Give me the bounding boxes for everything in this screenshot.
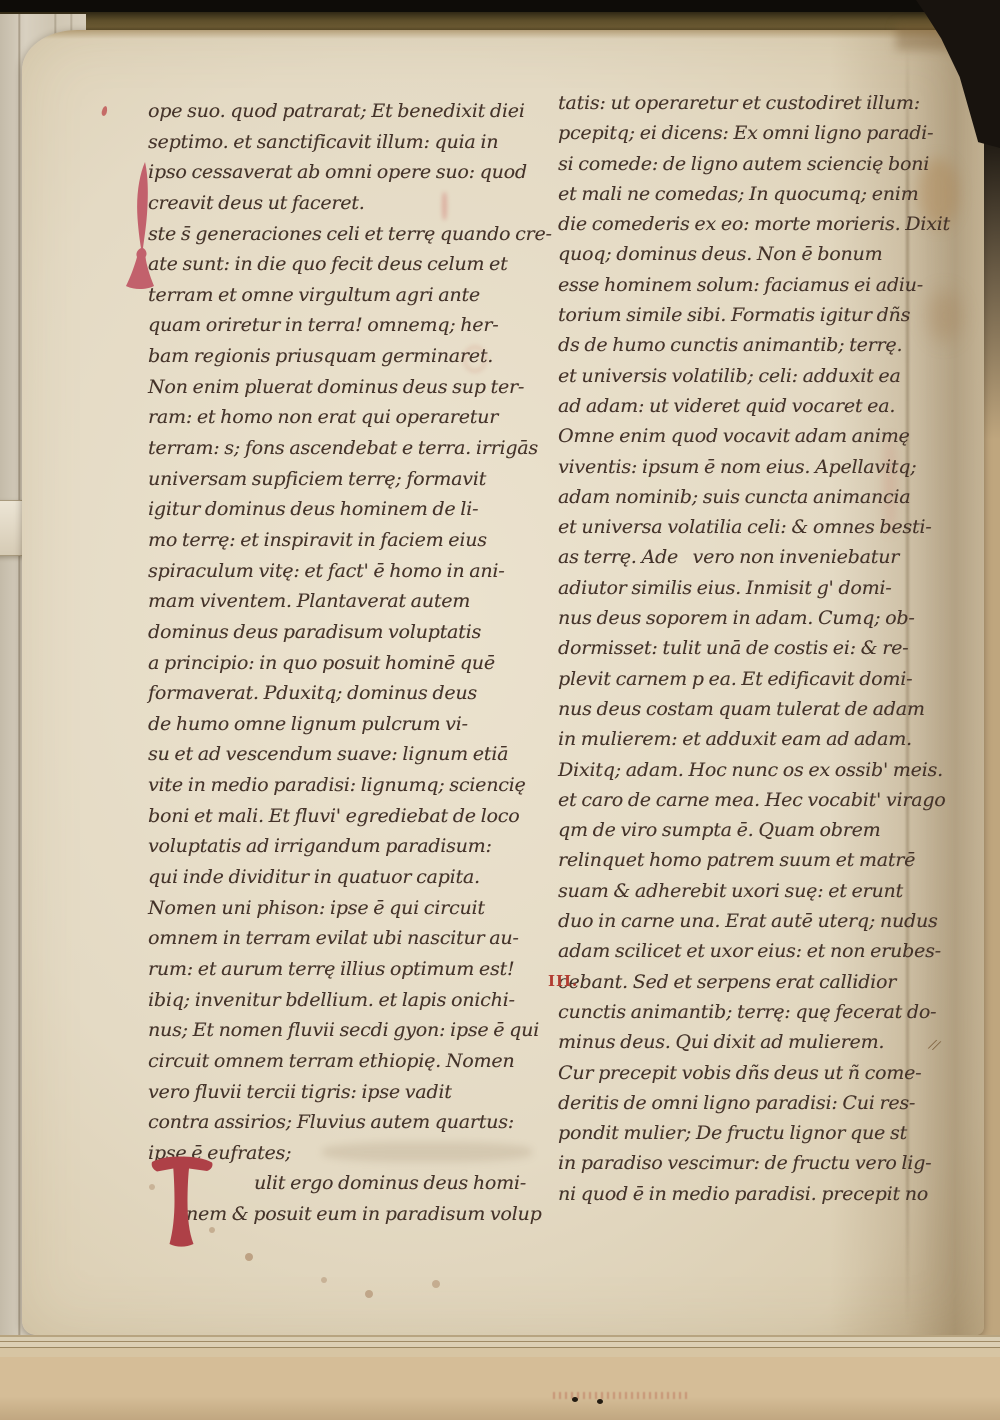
manuscript-line: Non enim pluerat dominus deus sup ter- — [148, 372, 548, 403]
manuscript-line: ad adam: ut videret quid vocaret ea. — [558, 391, 962, 421]
manuscript-line: et universa volatilia celi: & omnes best… — [558, 512, 962, 542]
wormhole — [572, 1397, 578, 1402]
chapter-number-iii: III. — [548, 972, 578, 990]
manuscript-line: ni quod ē in medio paradisi. precepit no — [558, 1179, 962, 1209]
manuscript-line: die comederis ex eo: morte morieris. Dix… — [558, 209, 962, 239]
manuscript-line: ds de humo cunctis animantib; terrę. — [558, 330, 962, 360]
manuscript-line: torium simile sibi. Formatis igitur dñs — [558, 300, 962, 330]
manuscript-line: in mulierem: et adduxit eam ad adam. — [558, 724, 962, 754]
manuscript-line: Dixitq; adam. Hoc nunc os ex ossib' meis… — [558, 755, 962, 785]
manuscript-line: si comede: de ligno autem sciencię boni — [558, 149, 962, 179]
text-column-right: tatis: ut operaretur et custodiret illum… — [558, 88, 962, 1209]
manuscript-line: vero fluvii tercii tigris: ipse vadit — [148, 1077, 548, 1108]
rubric-initial-i-iste — [124, 162, 156, 290]
manuscript-line: ipso cessaverat ab omni opere suo: quod — [148, 157, 548, 188]
manuscript-line: Nomen uni phison: ipse ē qui circuit — [148, 893, 548, 924]
manuscript-line: contra assirios; Fluvius autem quartus: — [148, 1107, 548, 1138]
manuscript-line: deritis de omni ligno paradisi: Cui res- — [558, 1088, 962, 1118]
manuscript-line: dormisset: tulit unā de costis ei: & re- — [558, 633, 962, 663]
manuscript-line: duo in carne una. Erat autē uterq; nudus — [558, 906, 962, 936]
wormhole — [597, 1399, 603, 1404]
parchment-speckles — [22, 30, 26, 34]
binding-top-dark-band — [0, 0, 1000, 12]
manuscript-line: quam oriretur in terra! omnemq; her- — [148, 310, 548, 341]
rubric-initial-t-tulit — [149, 1156, 215, 1250]
manuscript-line: mam viventem. Plantaverat autem — [148, 586, 548, 617]
red-margin-mark — [101, 106, 108, 117]
manuscript-line: cebant. Sed et serpens erat callidior — [558, 967, 962, 997]
manuscript-line: suam & adherebit uxori suę: et erunt — [558, 876, 962, 906]
manuscript-line: as terrę. Ade vero non inveniebatur — [558, 542, 962, 572]
manuscript-line: spiraculum vitę: et fact' ē homo in ani- — [148, 556, 548, 587]
manuscript-line: et mali ne comedas; In quocumq; enim — [558, 179, 962, 209]
manuscript-line: nus deus soporem in adam. Cumq; ob- — [558, 603, 962, 633]
manuscript-line: bam regionis priusquam germinaret. — [148, 341, 548, 372]
manuscript-line: adam nominib; suis cuncta animancia — [558, 482, 962, 512]
manuscript-line: circuit omnem terram ethiopię. Nomen — [148, 1046, 548, 1077]
manuscript-line: Omne enim quod vocavit adam animę — [558, 421, 962, 451]
manuscript-line: formaverat. Pduxitq; dominus deus — [148, 678, 548, 709]
text-column-left: ope suo. quod patrarat; Et benedixit die… — [148, 96, 548, 1230]
manuscript-line: cunctis animantib; terrę: quę fecerat do… — [558, 997, 962, 1027]
manuscript-line: ate sunt: in die quo fecit deus celum et — [148, 249, 548, 280]
manuscript-line: omnem in terram evilat ubi nascitur au- — [148, 923, 548, 954]
manuscript-line: terram et omne virgultum agri ante — [148, 280, 548, 311]
manuscript-line: septimo. et sanctificavit illum: quia in — [148, 127, 548, 158]
manuscript-line: ram: et homo non erat qui operaretur — [148, 402, 548, 433]
manuscript-line: dominus deus paradisum voluptatis — [148, 617, 548, 648]
manuscript-line: pcepitq; ei dicens: Ex omni ligno paradi… — [558, 118, 962, 148]
manuscript-line: esse hominem solum: faciamus ei adiu- — [558, 270, 962, 300]
manuscript-line: rum: et aurum terrę illius optimum est! — [148, 954, 548, 985]
manuscript-line: et caro de carne mea. Hec vocabit' virag… — [558, 785, 962, 815]
manuscript-line: creavit deus ut faceret. — [148, 188, 548, 219]
manuscript-line: relinquet homo patrem suum et matrē — [558, 845, 962, 875]
manuscript-line: viventis: ipsum ē nom eius. Apellavitq; — [558, 452, 962, 482]
manuscript-line: nus deus costam quam tulerat de adam — [558, 694, 962, 724]
manuscript-line: et universis volatilib; celi: adduxit ea — [558, 361, 962, 391]
manuscript-photo: ope suo. quod patrarat; Et benedixit die… — [0, 0, 1000, 1420]
manuscript-line: terram: s; fons ascendebat e terra. irri… — [148, 433, 548, 464]
manuscript-line: qm de viro sumpta ē. Quam obrem — [558, 815, 962, 845]
manuscript-line: in paradiso vescimur: de fructu vero lig… — [558, 1148, 962, 1178]
manuscript-line: quoq; dominus deus. Non ē bonum — [558, 239, 962, 269]
manuscript-line: tatis: ut operaretur et custodiret illum… — [558, 88, 962, 118]
page-stack-bottom-edge — [0, 1335, 1000, 1420]
manuscript-line: nus; Et nomen fluvii secdi gyon: ipse ē … — [148, 1015, 548, 1046]
manuscript-line: ibiq; invenitur bdellium. et lapis onich… — [148, 985, 548, 1016]
manuscript-line: universam supficiem terrę; formavit — [148, 464, 548, 495]
manuscript-line: adam scilicet et uxor eius: et non erube… — [558, 936, 962, 966]
manuscript-line: a principio: in quo posuit hominē quē — [148, 648, 548, 679]
manuscript-line: adiutor similis eius. Inmisit g' domi- — [558, 573, 962, 603]
manuscript-line: igitur dominus deus hominem de li- — [148, 494, 548, 525]
manuscript-line: ste s̄ generaciones celi et terrę quando… — [148, 219, 548, 250]
manuscript-line: boni et mali. Et fluvi' egrediebat de lo… — [148, 801, 548, 832]
parchment-leaf: ope suo. quod patrarat; Et benedixit die… — [22, 30, 984, 1335]
manuscript-line: de humo omne lignum pulcrum vi- — [148, 709, 548, 740]
manuscript-line: ope suo. quod patrarat; Et benedixit die… — [148, 96, 548, 127]
manuscript-line: Cur precepit vobis dñs deus ut ñ come- — [558, 1058, 962, 1088]
manuscript-line: pondit mulier; De fructu lignor que st — [558, 1118, 962, 1148]
manuscript-line: su et ad vescendum suave: lignum etiā — [148, 739, 548, 770]
manuscript-line: vite in medio paradisi: lignumq; scienci… — [148, 770, 548, 801]
manuscript-line: mo terrę: et inspiravit in faciem eius — [148, 525, 548, 556]
manuscript-line: plevit carnem p ea. Et edificavit domi- — [558, 664, 962, 694]
manuscript-line: voluptatis ad irrigandum paradisum: — [148, 831, 548, 862]
manuscript-line: minus deus. Qui dixit ad mulierem. — [558, 1027, 962, 1057]
manuscript-line: qui inde dividitur in quatuor capita. — [148, 862, 548, 893]
